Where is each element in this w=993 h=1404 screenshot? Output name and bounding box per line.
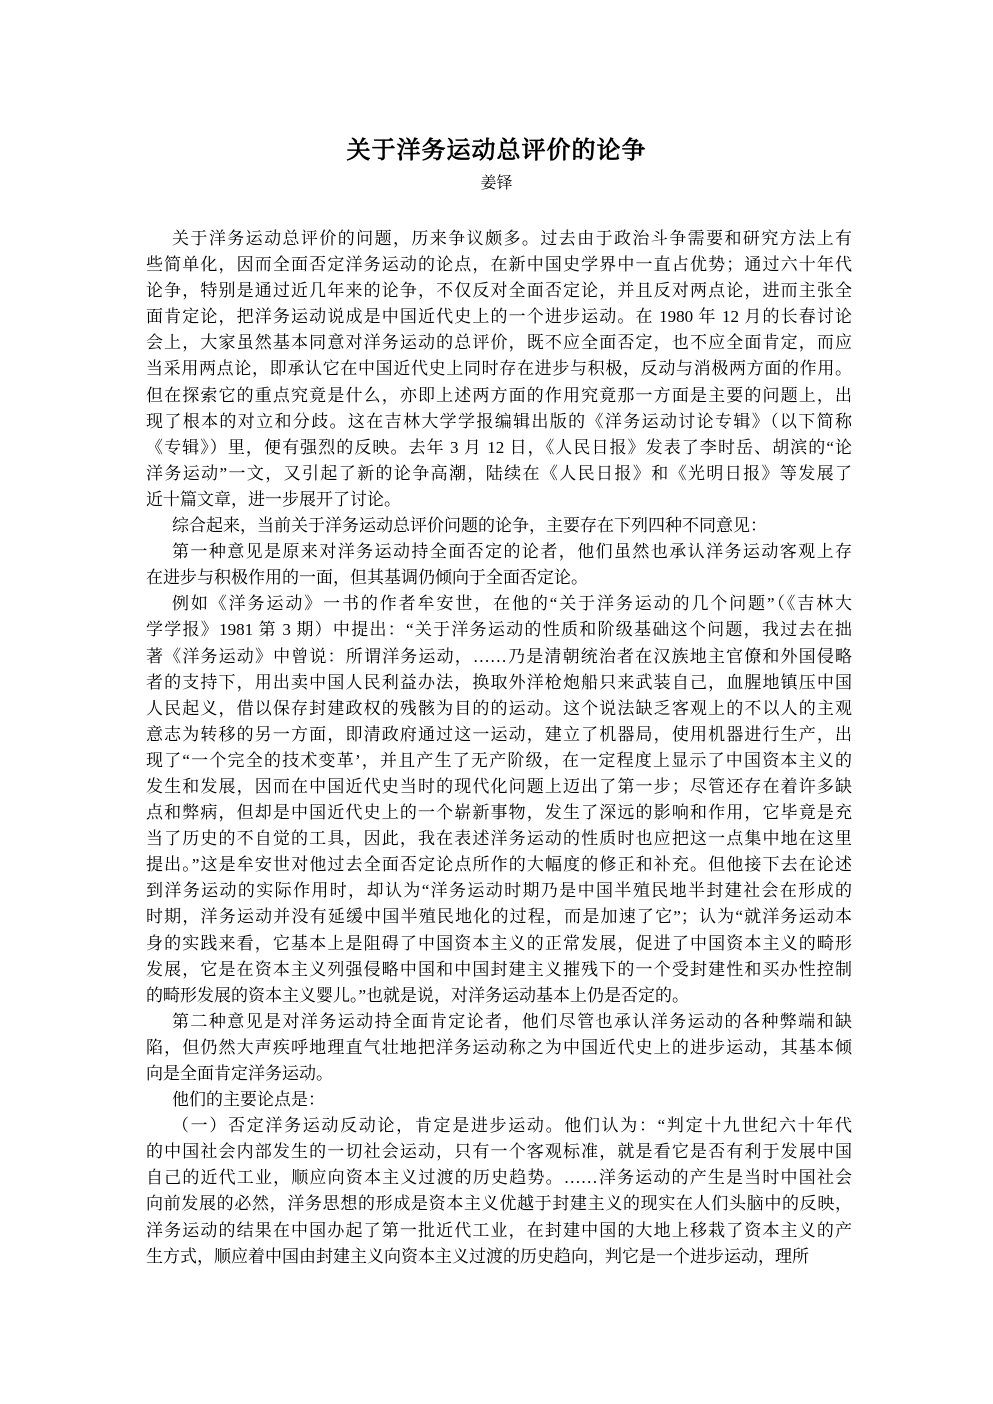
paragraph-line: 向是全面肯定洋务运动。 [146, 1061, 852, 1087]
paragraph-line: 生方式，顺应着中国由封建主义向资本主义过渡的历史趋向，判它是一个进步运动，理所 [146, 1244, 852, 1270]
paragraph-line: 学学报》1981 第 3 期）中提出：“关于洋务运动的性质和阶级基础这个问题，我… [146, 617, 852, 643]
paragraph-line: 近十篇文章，进一步展开了讨论。 [146, 487, 852, 513]
paragraph: 关于洋务运动总评价的问题，历来争议颇多。过去由于政治斗争需要和研究方法上有些简单… [146, 226, 852, 513]
paragraph-line: 意志为转移的另一方面，即清政府通过这一运动，建立了机器局，使用机器进行生产，出 [146, 722, 852, 748]
document-page: 关于洋务运动总评价的论争 姜铎 关于洋务运动总评价的问题，历来争议颇多。过去由于… [0, 0, 993, 1404]
paragraph-line: 发展，它是在资本主义列强侵略中国和中国封建主义摧残下的一个受封建性和买办性控制 [146, 957, 852, 983]
paragraph-line: 综合起来，当前关于洋务运动总评价问题的论争，主要存在下列四种不同意见： [146, 513, 852, 539]
paragraph-line: 身的实践来看，它基本上是阻碍了中国资本主义的正常发展，促进了中国资本主义的畸形 [146, 931, 852, 957]
paragraph-line: 当了历史的不自觉的工具，因此，我在表述洋务运动的性质时也应把这一点集中地在这里 [146, 826, 852, 852]
paragraph-line: 《专辑》）里，便有强烈的反映。去年 3 月 12 日，《人民日报》发表了李时岳、… [146, 435, 852, 461]
paragraph-line: 些简单化，因而全面否定洋务运动的论点，在新中国史学界中一直占优势；通过六十年代 [146, 252, 852, 278]
document-title: 关于洋务运动总评价的论争 [0, 130, 993, 165]
paragraph-line: （一）否定洋务运动反动论，肯定是进步运动。他们认为：“判定十九世纪六十年代 [146, 1113, 852, 1139]
paragraph-line: 例如《洋务运动》一书的作者牟安世，在他的“关于洋务运动的几个问题”（《吉林大 [146, 591, 852, 617]
paragraph-line: 发生和发展，因而在中国近代史当时的现代化问题上迈出了第一步；尽管还存在着许多缺 [146, 774, 852, 800]
paragraph-line: 第二种意见是对洋务运动持全面肯定论者，他们尽管也承认洋务运动的各种弊端和缺 [146, 1009, 852, 1035]
paragraph: 综合起来，当前关于洋务运动总评价问题的论争，主要存在下列四种不同意见： [146, 513, 852, 539]
paragraph-line: 点和弊病，但却是中国近代史上的一个崭新事物，发生了深远的影响和作用，它毕竟是充 [146, 800, 852, 826]
paragraph-line: 提出。”这是牟安世对他过去全面否定论点所作的大幅度的修正和补充。但他接下去在论述 [146, 852, 852, 878]
paragraph: 第二种意见是对洋务运动持全面肯定论者，他们尽管也承认洋务运动的各种弊端和缺陷，但… [146, 1009, 852, 1087]
paragraph-line: 的畸形发展的资本主义婴儿。”也就是说，对洋务运动基本上仍是否定的。 [146, 983, 852, 1009]
paragraph-line: 著《洋务运动》中曾说：所谓洋务运动，……乃是清朝统治者在汉族地主官僚和外国侵略 [146, 644, 852, 670]
paragraph: 例如《洋务运动》一书的作者牟安世，在他的“关于洋务运动的几个问题”（《吉林大学学… [146, 591, 852, 1009]
paragraph-line: 洋务运动的结果在中国办起了第一批近代工业，在封建中国的大地上移栽了资本主义的产 [146, 1218, 852, 1244]
paragraph: （一）否定洋务运动反动论，肯定是进步运动。他们认为：“判定十九世纪六十年代的中国… [146, 1113, 852, 1270]
paragraph-line: 时期，洋务运动并没有延缓中国半殖民地化的过程，而是加速了它”；认为“就洋务运动本 [146, 904, 852, 930]
paragraph-line: 会上，大家虽然基本同意对洋务运动的总评价，既不应全面否定，也不应全面肯定，而应 [146, 330, 852, 356]
paragraph-line: 当采用两点论，即承认它在中国近代史上同时存在进步与积极，反动与消极两方面的作用。 [146, 356, 852, 382]
paragraph-line: 者的支持下，用出卖中国人民利益办法，换取外洋枪炮船只来武装自己，血腥地镇压中国 [146, 670, 852, 696]
paragraph-line: 在进步与积极作用的一面，但其基调仍倾向于全面否定论。 [146, 565, 852, 591]
paragraph-line: 第一种意见是原来对洋务运动持全面否定的论者，他们虽然也承认洋务运动客观上存 [146, 539, 852, 565]
paragraph-line: 自己的近代工业，顺应向资本主义过渡的历史趋势。……洋务运动的产生是当时中国社会 [146, 1165, 852, 1191]
paragraph-line: 论争，特别是通过近几年来的论争，不仅反对全面否定论，并且反对两点论，进而主张全 [146, 278, 852, 304]
paragraph: 第一种意见是原来对洋务运动持全面否定的论者，他们虽然也承认洋务运动客观上存在进步… [146, 539, 852, 591]
paragraph-line: 现了根本的对立和分歧。这在吉林大学学报编辑出版的《洋务运动讨论专辑》（以下简称 [146, 409, 852, 435]
paragraph-line: 关于洋务运动总评价的问题，历来争议颇多。过去由于政治斗争需要和研究方法上有 [146, 226, 852, 252]
paragraph-line: 的中国社会内部发生的一切社会运动，只有一个客观标准，就是看它是否有利于发展中国 [146, 1139, 852, 1165]
paragraph-line: 面肯定论，把洋务运动说成是中国近代史上的一个进步运动。在 1980 年 12 月… [146, 304, 852, 330]
paragraph-line: 到洋务运动的实际作用时，却认为“洋务运动时期乃是中国半殖民地半封建社会在形成的 [146, 878, 852, 904]
paragraph-line: 洋务运动”一文，又引起了新的论争高潮，陆续在《人民日报》和《光明日报》等发展了 [146, 461, 852, 487]
paragraph-line: 但在探索它的重点究竟是什么，亦即上述两方面的作用究竟那一方面是主要的问题上，出 [146, 383, 852, 409]
paragraph-line: 向前发展的必然，洋务思想的形成是资本主义优越于封建主义的现实在人们头脑中的反映， [146, 1191, 852, 1217]
paragraph: 他们的主要论点是： [146, 1087, 852, 1113]
paragraph-line: 陷，但仍然大声疾呼地理直气壮地把洋务运动称之为中国近代史上的进步运动，其基本倾 [146, 1035, 852, 1061]
document-author: 姜铎 [0, 170, 993, 193]
paragraph-line: 现了“一个完全的技术变革’，并且产生了无产阶级，在一定程度上显示了中国资本主义的 [146, 748, 852, 774]
paragraph-line: 人民起义，借以保存封建政权的残骸为目的的运动。这个说法缺乏客观上的不以人的主观 [146, 696, 852, 722]
paragraph-line: 他们的主要论点是： [146, 1087, 852, 1113]
document-body: 关于洋务运动总评价的问题，历来争议颇多。过去由于政治斗争需要和研究方法上有些简单… [146, 226, 852, 1270]
